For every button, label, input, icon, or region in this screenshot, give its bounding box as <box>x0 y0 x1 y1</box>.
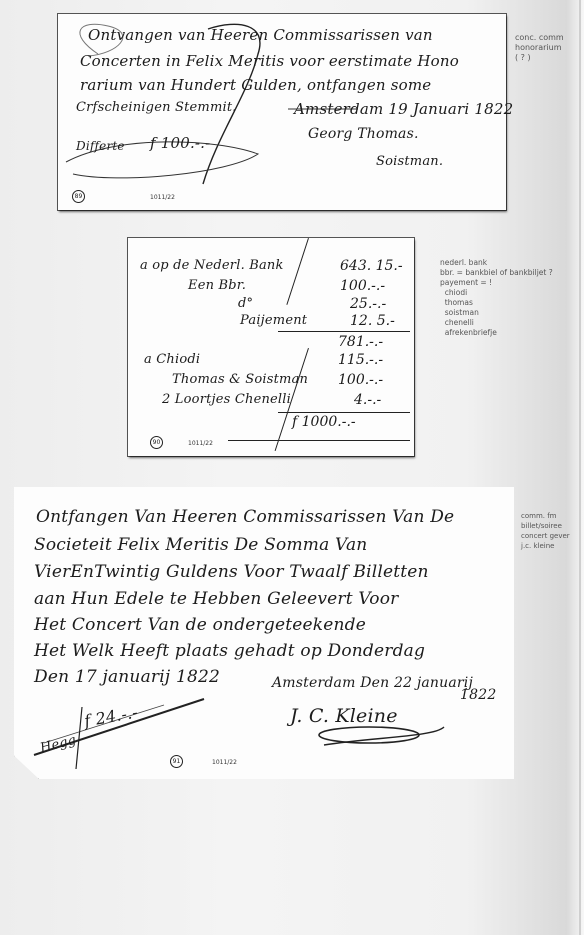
note-2-archive-ref: 1011/22 <box>188 440 213 447</box>
ledger-row-amount: 100.-.- <box>338 372 383 388</box>
ledger-row-label: Thomas & Soistman <box>172 372 308 387</box>
margin-annotation-note-2: nederl. bank bbr. = bankbiel of bankbilj… <box>440 258 553 338</box>
signature-flourish <box>14 487 514 779</box>
total-rule-top <box>278 412 410 413</box>
note-1-stamp: 89 <box>72 190 85 203</box>
ledger-row-label: a Chiodi <box>144 352 200 367</box>
note-3-archive-ref: 1011/22 <box>212 759 237 766</box>
page-edge <box>579 0 581 935</box>
ledger-row-label: Een Bbr. <box>188 278 246 293</box>
note-1-archive-ref: 1011/22 <box>150 194 175 201</box>
note-1-line-2: Concerten in Felix Meritis voor eerstima… <box>80 52 459 70</box>
total-rule-bottom <box>228 440 410 441</box>
note-1-amount: f 100.-.- <box>150 134 210 152</box>
ledger-note-2: a op de Nederl. Bank 643. 15.- Een Bbr. … <box>128 238 414 456</box>
ledger-row-label: 2 Loortjes Chenelli <box>162 392 291 407</box>
ledger-row-amount: 4.-.- <box>354 392 381 408</box>
margin-annotation-note-3: comm. fm billet/soiree concert gever j.c… <box>521 511 570 551</box>
ledger-row-amount: 643. 15.- <box>340 258 403 274</box>
ledger-row-amount: 25.-.- <box>350 296 386 312</box>
ledger-row-amount: 115.-.- <box>338 352 383 368</box>
note-1-place-date: Amsterdam 19 Januari 1822 <box>294 100 513 118</box>
note-1-signature-2: Soistman. <box>376 154 443 169</box>
ledger-subtotal: 781.-.- <box>338 334 383 350</box>
note-1-amount-label: Differte <box>76 139 125 153</box>
note-2-stamp: 90 <box>150 436 163 449</box>
ledger-total: f 1000.-.- <box>292 414 356 430</box>
ledger-slash-top <box>286 238 309 305</box>
note-1-line-4: Crfscheinigen Stemmit. <box>76 100 237 115</box>
note-1-line-1: Ontvangen van Heeren Commissarissen van <box>88 26 433 44</box>
note-1-line-3: rarium van Hundert Gulden, ontfangen som… <box>80 76 431 94</box>
ledger-row-label: a op de Nederl. Bank <box>140 258 284 273</box>
ledger-row-label: Paijement <box>240 313 307 328</box>
margin-annotation-note-1: conc. comm honorarium ( ? ) <box>515 33 564 63</box>
note-3-stamp: 91 <box>170 755 183 768</box>
ledger-row-amount: 100.-.- <box>340 278 385 294</box>
receipt-note-3: Ontfangen Van Heeren Commissarissen Van … <box>14 487 514 779</box>
receipt-note-1: Ontvangen van Heeren Commissarissen van … <box>58 14 506 210</box>
note-1-signature-1: Georg Thomas. <box>308 126 419 142</box>
subtotal-rule <box>278 331 410 332</box>
ledger-row-amount: 12. 5.- <box>350 313 395 329</box>
ledger-row-label: d° <box>238 296 253 311</box>
